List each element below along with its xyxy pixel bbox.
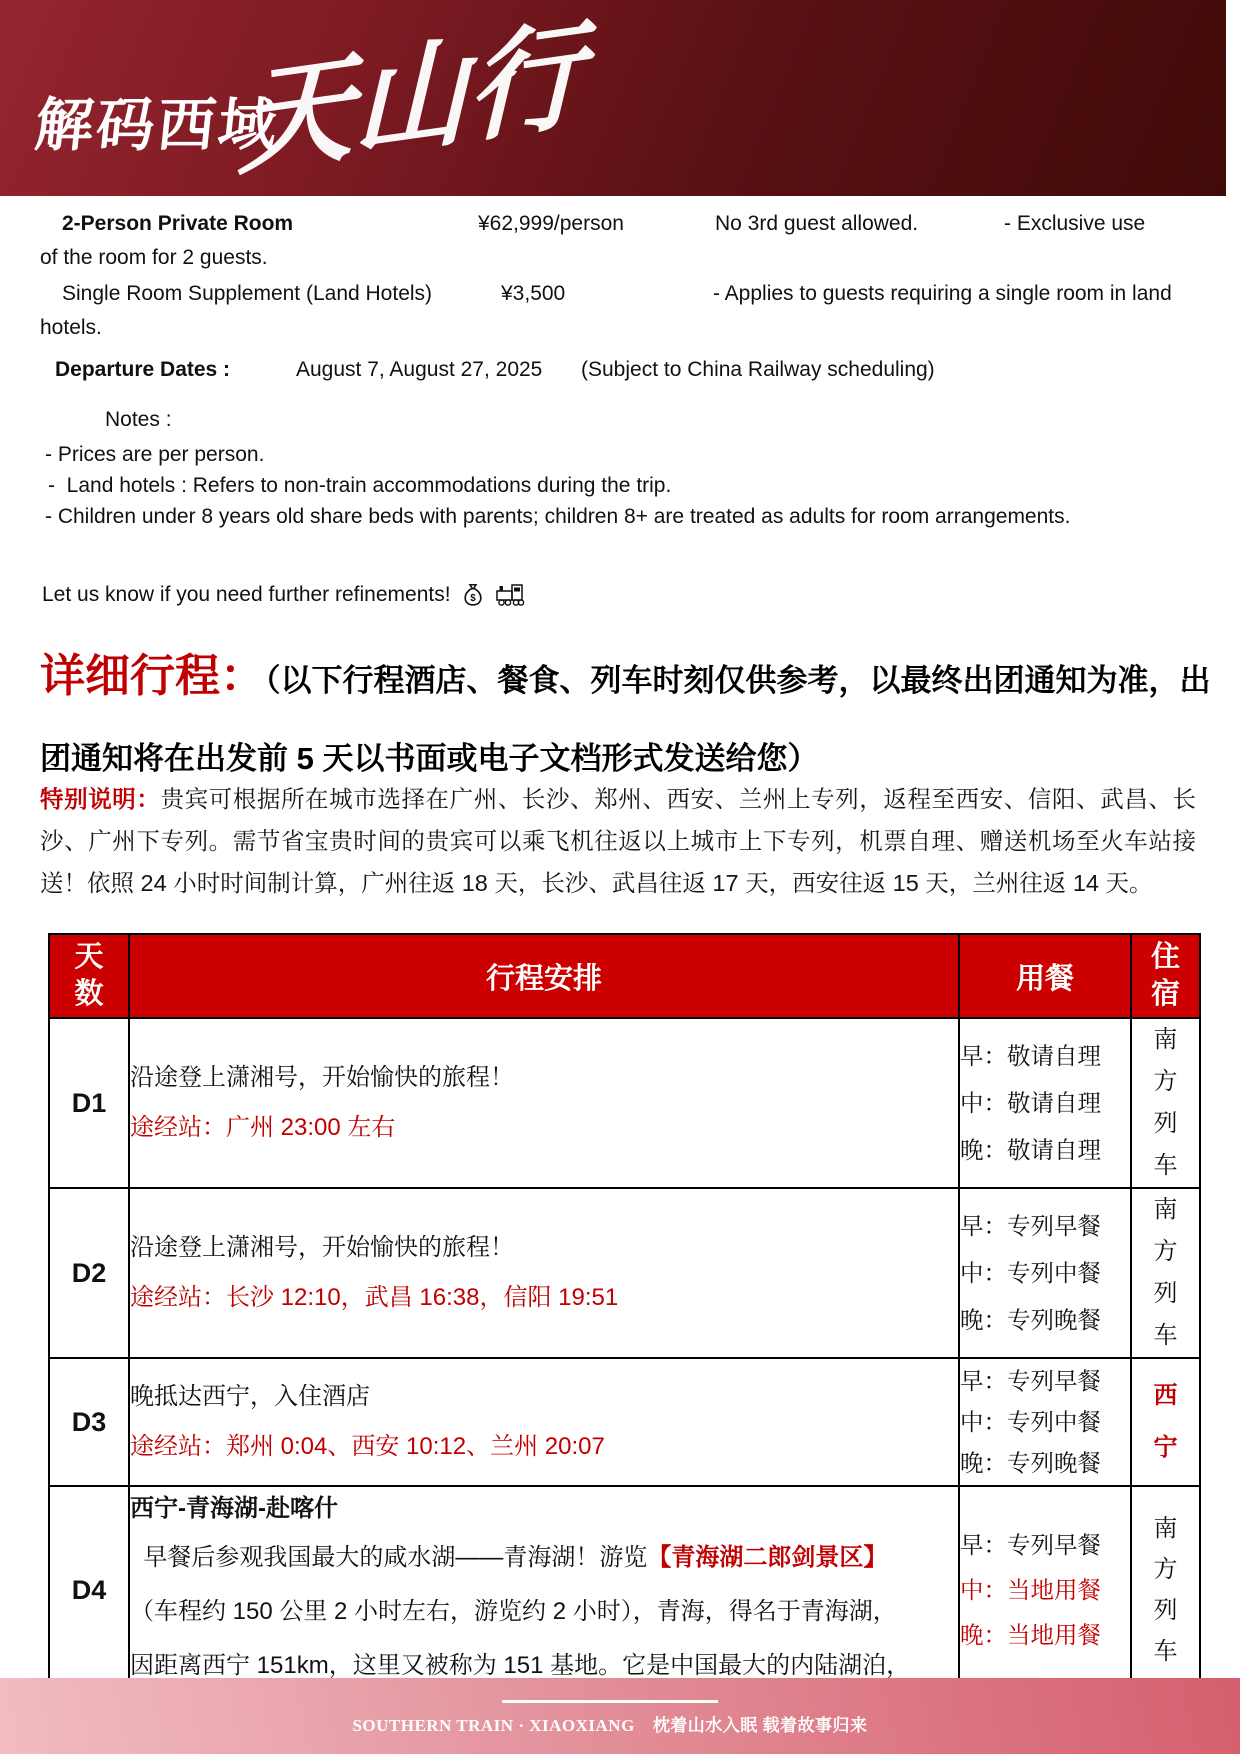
single-supplement-note: - Applies to guests requiring a single r… [713, 282, 1172, 306]
itinerary-cell: 晚抵达西宁，入住酒店 途经站：郑州 0:04、西安 10:12、兰州 20:07 [129, 1358, 959, 1486]
note-item-prices: - Prices are per person. [45, 443, 264, 467]
meal-lunch: 中：专列中餐 [960, 1402, 1130, 1443]
itinerary-day-title: 西宁-青海湖-赴喀什 [130, 1487, 958, 1531]
itinerary-page: 解码西域 天山行 2-Person Private Room ¥62,999/p… [0, 0, 1240, 1754]
itinerary-route-text: 途经站：广州 23:00 左右 [130, 1103, 958, 1153]
day-label: D2 [49, 1188, 129, 1358]
header-itinerary: 行程安排 [129, 934, 959, 1018]
pricing-section: 2-Person Private Room ¥62,999/person No … [0, 212, 1240, 352]
day-label: D3 [49, 1358, 129, 1486]
itinerary-main-text: 沿途登上潇湘号，开始愉快的旅程！ [130, 1223, 958, 1273]
departure-dates-value: August 7, August 27, 2025 [296, 358, 542, 382]
room-price: ¥62,999/person [478, 212, 624, 236]
meal-lunch: 中：当地用餐 [960, 1568, 1130, 1613]
table-row-d2: D2 沿途登上潇湘号，开始愉快的旅程！ 途经站：长沙 12:10，武昌 16:3… [49, 1188, 1200, 1358]
brand-logo-calligraphy: 天山行 [238, 0, 583, 198]
special-note-body: 贵宾可根据所在城市选择在广州、长沙、郑州、西安、兰州上专列，返程至西安、信阳、武… [40, 786, 1196, 896]
departure-dates-row: Departure Dates : August 7, August 27, 2… [0, 358, 1240, 388]
footer-divider [502, 1700, 718, 1703]
notes-title: Notes : [105, 408, 172, 432]
stay-cell: 南方列车 [1131, 1188, 1200, 1358]
room-guest-note: No 3rd guest allowed. [715, 212, 918, 236]
room-exclusive-note: - Exclusive use [1004, 212, 1145, 236]
table-row-d3: D3 晚抵达西宁，入住酒店 途经站：郑州 0:04、西安 10:12、兰州 20… [49, 1358, 1200, 1486]
special-note-label: 特别说明： [40, 786, 160, 812]
meal-breakfast: 早：专列早餐 [960, 1203, 1130, 1250]
header-stay: 住宿 [1131, 934, 1200, 1018]
single-supplement-label: Single Room Supplement (Land Hotels) [62, 282, 432, 306]
stay-cell: 南方列车 [1131, 1486, 1200, 1694]
meals-cell: 早：专列早餐 中：专列中餐 晚：专列晚餐 [959, 1188, 1131, 1358]
note-item-children: - Children under 8 years old share beds … [45, 505, 1070, 529]
meal-lunch: 中：敬请自理 [960, 1080, 1130, 1127]
itinerary-body-line: 早餐后参观我国最大的咸水湖——青海湖！游览【青海湖二郎剑景区】 [130, 1531, 958, 1585]
stay-cell: 南方列车 [1131, 1018, 1200, 1188]
locomotive-icon [495, 582, 525, 608]
refinements-text: Let us know if you need further refineme… [42, 583, 451, 607]
meals-cell: 早：专列早餐 中：当地用餐 晚：当地用餐 [959, 1486, 1131, 1694]
stay-cell: 西宁 [1131, 1358, 1200, 1486]
table-header-row: 天数 行程安排 用餐 住宿 [49, 934, 1200, 1018]
footer-brand-en: SOUTHERN TRAIN · XIAOXIANG [352, 1716, 634, 1735]
meal-breakfast: 早：专列早餐 [960, 1361, 1130, 1402]
itinerary-route-text: 途经站：郑州 0:04、西安 10:12、兰州 20:07 [130, 1422, 958, 1472]
header-day: 天数 [49, 934, 129, 1018]
meal-breakfast: 早：专列早餐 [960, 1523, 1130, 1568]
header-meals: 用餐 [959, 934, 1131, 1018]
meals-cell: 早：敬请自理 中：敬请自理 晚：敬请自理 [959, 1018, 1131, 1188]
itinerary-main-text: 晚抵达西宁，入住酒店 [130, 1372, 958, 1422]
meal-dinner: 晚：当地用餐 [960, 1613, 1130, 1658]
special-note-paragraph: 特别说明：贵宾可根据所在城市选择在广州、长沙、郑州、西安、兰州上专列，返程至西安… [40, 778, 1196, 904]
meal-dinner: 晚：专列晚餐 [960, 1297, 1130, 1344]
meals-cell: 早：专列早餐 中：专列中餐 晚：专列晚餐 [959, 1358, 1131, 1486]
meal-dinner: 晚：专列晚餐 [960, 1443, 1130, 1484]
refinements-line: Let us know if you need further refineme… [42, 582, 525, 608]
room-type-label: 2-Person Private Room [62, 212, 293, 236]
single-supplement-note-cont: hotels. [40, 316, 102, 340]
departure-dates-note: (Subject to China Railway scheduling) [581, 358, 935, 382]
itinerary-route-text: 途经站：长沙 12:10，武昌 16:38，信阳 19:51 [130, 1273, 958, 1323]
footer-slogan: SOUTHERN TRAIN · XIAOXIANG枕着山水入眠 载着故事归来 [0, 1711, 1220, 1736]
header-banner: 解码西域 天山行 [0, 0, 1226, 196]
day-label: D1 [49, 1018, 129, 1188]
meal-breakfast: 早：敬请自理 [960, 1033, 1130, 1080]
itinerary-main-text: 沿途登上潇湘号，开始愉快的旅程！ [130, 1053, 958, 1103]
itinerary-table: 天数 行程安排 用餐 住宿 D1 沿途登上潇湘号，开始愉快的旅程！ 途经站：广州… [48, 933, 1201, 1695]
departure-dates-label: Departure Dates : [55, 358, 230, 382]
table-row-d1: D1 沿途登上潇湘号，开始愉快的旅程！ 途经站：广州 23:00 左右 早：敬请… [49, 1018, 1200, 1188]
itinerary-body-line: （车程约 150 公里 2 小时左右，游览约 2 小时），青海，得名于青海湖， [130, 1585, 958, 1639]
svg-text:$: $ [470, 593, 476, 604]
meal-lunch: 中：专列中餐 [960, 1250, 1130, 1297]
day-label: D4 [49, 1486, 129, 1694]
single-supplement-price: ¥3,500 [501, 282, 565, 306]
room-exclusive-note-cont: of the room for 2 guests. [40, 246, 268, 270]
money-bag-icon: $ [460, 582, 486, 608]
highlighted-sight-name: 【青海湖二郎剑景区】 [647, 1544, 887, 1571]
detailed-itinerary-title: 详细行程： [40, 650, 265, 701]
footer-banner: SOUTHERN TRAIN · XIAOXIANG枕着山水入眠 载着故事归来 [0, 1678, 1240, 1754]
itinerary-cell: 沿途登上潇湘号，开始愉快的旅程！ 途经站：广州 23:00 左右 [129, 1018, 959, 1188]
table-row-d4: D4 西宁-青海湖-赴喀什 早餐后参观我国最大的咸水湖——青海湖！游览【青海湖二… [49, 1486, 1200, 1694]
footer-slogan-cn: 枕着山水入眠 载着故事归来 [653, 1716, 868, 1735]
meal-dinner: 晚：敬请自理 [960, 1127, 1130, 1174]
itinerary-cell: 西宁-青海湖-赴喀什 早餐后参观我国最大的咸水湖——青海湖！游览【青海湖二郎剑景… [129, 1486, 959, 1694]
note-item-land-hotels: - Land hotels : Refers to non-train acco… [48, 474, 671, 498]
itinerary-cell: 沿途登上潇湘号，开始愉快的旅程！ 途经站：长沙 12:10，武昌 16:38，信… [129, 1188, 959, 1358]
